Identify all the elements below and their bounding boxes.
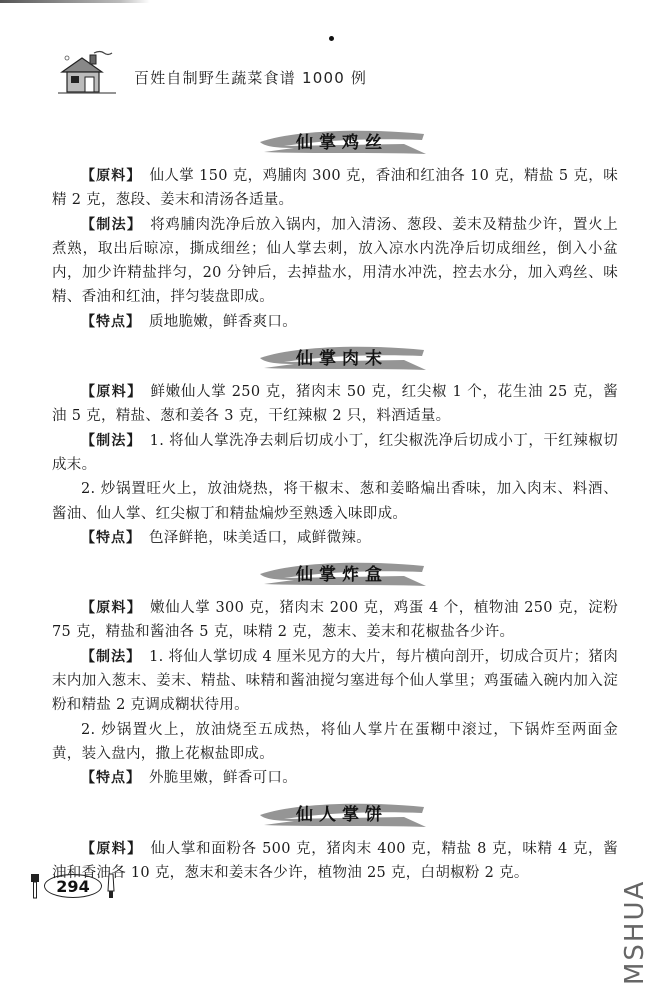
- features-text: 外脆里嫩，鲜香可口。: [149, 770, 297, 786]
- recipe: 仙掌肉末 【原料】鲜嫩仙人掌 250 克，猪肉末 50 克，红尖椒 1 个，花生…: [52, 338, 618, 550]
- recipe-title: 仙掌炸盒: [296, 560, 388, 585]
- ingredients-paragraph: 【原料】鲜嫩仙人掌 250 克，猪肉末 50 克，红尖椒 1 个，花生油 25 …: [52, 380, 618, 429]
- page-content: 仙掌鸡丝 【原料】仙人掌 150 克，鸡脯肉 300 克，香油和红油各 10 克…: [52, 118, 618, 885]
- method-label: 【制法】: [81, 433, 142, 449]
- book-title: 百姓自制野生蔬菜食谱 1000 例: [134, 67, 367, 88]
- decorative-dot: [329, 36, 334, 41]
- recipe-title: 仙人掌饼: [296, 800, 388, 825]
- running-header: 百姓自制野生蔬菜食谱 1000 例: [58, 50, 367, 96]
- method-paragraph: 【制法】1. 将仙人掌洗净去刺后切成小丁，红尖椒洗净后切成小丁，干红辣椒切成末。: [52, 429, 618, 478]
- features-paragraph: 【特点】外脆里嫩，鲜香可口。: [52, 766, 618, 790]
- features-label: 【特点】: [81, 770, 141, 786]
- features-text: 色泽鲜艳，味美适口，咸鲜微辣。: [149, 530, 371, 546]
- method-label: 【制法】: [81, 649, 141, 665]
- ingredients-label: 【原料】: [81, 600, 142, 616]
- watermark: MSHUA: [620, 880, 650, 985]
- knife-icon: [106, 873, 116, 899]
- recipe-heading: 仙掌炸盒: [52, 554, 618, 590]
- recipe-title: 仙掌肉末: [296, 344, 388, 369]
- recipe: 仙掌鸡丝 【原料】仙人掌 150 克，鸡脯肉 300 克，香油和红油各 10 克…: [52, 122, 618, 334]
- features-paragraph: 【特点】色泽鲜艳，味美适口，咸鲜微辣。: [52, 526, 618, 550]
- page-number-badge: 294: [30, 873, 116, 899]
- method-label: 【制法】: [81, 217, 142, 233]
- recipe: 仙人掌饼 【原料】仙人掌和面粉各 500 克，猪肉末 400 克，精盐 8 克，…: [52, 795, 618, 886]
- method-step: 2. 炒锅置火上，放油烧至五成热，将仙人掌片在蛋糊中滚过，下锅炸至两面金黄，装入…: [52, 722, 618, 762]
- features-label: 【特点】: [81, 314, 141, 330]
- ingredients-paragraph: 【原料】仙人掌和面粉各 500 克，猪肉末 400 克，精盐 8 克，味精 4 …: [52, 837, 618, 886]
- recipe-heading: 仙掌鸡丝: [52, 122, 618, 158]
- fork-icon: [30, 873, 40, 899]
- ingredients-label: 【原料】: [81, 168, 141, 184]
- method-step: 2. 炒锅置旺火上，放油烧热，将干椒末、葱和姜略煸出香味，加入肉末、料酒、酱油、…: [52, 481, 618, 521]
- recipe-title: 仙掌鸡丝: [296, 128, 388, 153]
- recipe-heading: 仙掌肉末: [52, 338, 618, 374]
- ingredients-paragraph: 【原料】嫩仙人掌 300 克，猪肉末 200 克，鸡蛋 4 个，植物油 250 …: [52, 596, 618, 645]
- page-number: 294: [44, 874, 102, 898]
- ingredients-label: 【原料】: [81, 841, 143, 857]
- recipe: 仙掌炸盒 【原料】嫩仙人掌 300 克，猪肉末 200 克，鸡蛋 4 个，植物油…: [52, 554, 618, 790]
- method-step-paragraph: 2. 炒锅置旺火上，放油烧热，将干椒末、葱和姜略煸出香味，加入肉末、料酒、酱油、…: [52, 477, 618, 526]
- ingredients-paragraph: 【原料】仙人掌 150 克，鸡脯肉 300 克，香油和红油各 10 克，精盐 5…: [52, 164, 618, 213]
- method-paragraph: 【制法】将鸡脯肉洗净后放入锅内，加入清汤、葱段、姜末及精盐少许，置火上煮熟，取出…: [52, 213, 618, 310]
- method-step-paragraph: 2. 炒锅置火上，放油烧至五成热，将仙人掌片在蛋糊中滚过，下锅炸至两面金黄，装入…: [52, 718, 618, 767]
- features-paragraph: 【特点】质地脆嫩，鲜香爽口。: [52, 310, 618, 334]
- recipe-heading: 仙人掌饼: [52, 795, 618, 831]
- features-label: 【特点】: [81, 530, 141, 546]
- method-paragraph: 【制法】1. 将仙人掌切成 4 厘米见方的大片，每片横向剖开，切成合页片；猪肉末…: [52, 645, 618, 718]
- features-text: 质地脆嫩，鲜香爽口。: [149, 314, 297, 330]
- ingredients-label: 【原料】: [81, 384, 143, 400]
- scan-edge-shadow: [0, 0, 150, 3]
- house-icon: [58, 50, 120, 96]
